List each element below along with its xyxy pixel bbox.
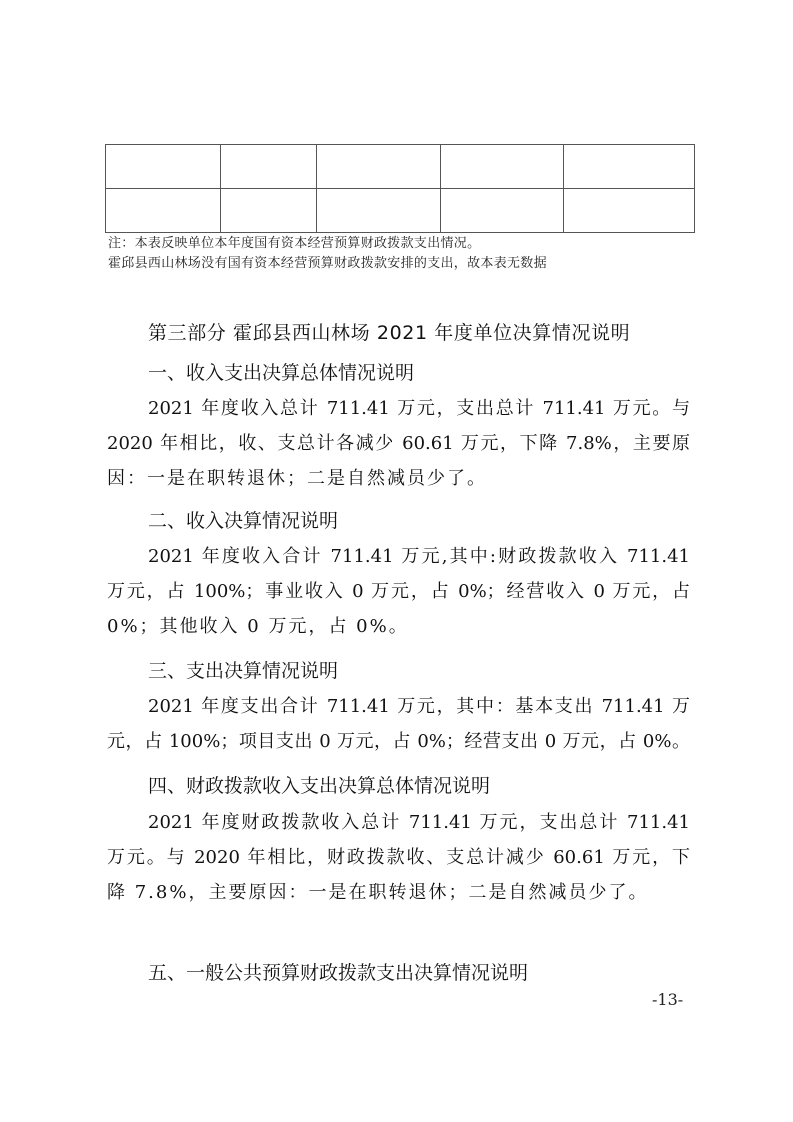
- section-heading-income-expense-overview: 一、收入支出决算总体情况说明: [148, 361, 414, 385]
- table-cell: [564, 145, 695, 189]
- table-cell: [441, 189, 564, 233]
- paragraph-line: 2021 年度收入合计 711.41 万元,其中:财政拨款收入 711.41: [148, 545, 690, 569]
- paragraph-line: 0%；其他收入 0 万元，占 0%。: [107, 615, 409, 639]
- table-cell: [221, 189, 317, 233]
- table-row: [106, 189, 695, 233]
- section-heading-expense: 三、支出决算情况说明: [148, 659, 338, 683]
- paragraph-line: 降 7.8%，主要原因：一是在职转退休；二是自然减员少了。: [107, 881, 648, 905]
- table-note-no-data: 霍邱县西山林场没有国有资本经营预算财政拨款安排的支出，故本表无数据: [108, 256, 547, 272]
- section-heading-income: 二、收入决算情况说明: [148, 509, 338, 533]
- table-cell: [441, 145, 564, 189]
- table-cell: [106, 189, 221, 233]
- table-cell: [221, 145, 317, 189]
- document-page: 注：本表反映单位本年度国有资本经营预算财政拨款支出情况。 霍邱县西山林场没有国有…: [0, 0, 793, 1122]
- paragraph-line: 2021 年度收入总计 711.41 万元，支出总计 711.41 万元。与: [148, 397, 690, 421]
- paragraph-line: 因：一是在职转退休；二是自然减员少了。: [107, 467, 487, 491]
- empty-state-capital-budget-table: [105, 144, 695, 233]
- table-note: 注：本表反映单位本年度国有资本经营预算财政拨款支出情况。: [108, 236, 480, 252]
- paragraph-line: 2020 年相比，收、支总计各减少 60.61 万元，下降 7.8%，主要原: [107, 432, 690, 456]
- section-heading-general-public-budget: 五、一般公共预算财政拨款支出决算情况说明: [148, 961, 528, 985]
- paragraph-line: 万元。与 2020 年相比，财政拨款收、支总计减少 60.61 万元，下: [107, 846, 690, 870]
- table-row: [106, 145, 695, 189]
- part-title: 第三部分 霍邱县西山林场 2021 年度单位决算情况说明: [148, 321, 630, 345]
- section-heading-fiscal-appropriation-overview: 四、财政拨款收入支出决算总体情况说明: [148, 774, 490, 798]
- table-cell: [564, 189, 695, 233]
- paragraph-line: 2021 年度财政拨款收入总计 711.41 万元，支出总计 711.41: [148, 811, 690, 835]
- paragraph-line: 2021 年度支出合计 711.41 万元，其中：基本支出 711.41 万: [148, 695, 690, 719]
- paragraph-line: 元，占 100%；项目支出 0 万元，占 0%；经营支出 0 万元，占 0%。: [107, 730, 690, 754]
- paragraph-line: 万元，占 100%；事业收入 0 万元，占 0%；经营收入 0 万元，占: [107, 580, 690, 604]
- table-cell: [317, 145, 441, 189]
- table-cell: [317, 189, 441, 233]
- page-number: -13-: [652, 991, 683, 1009]
- table-cell: [106, 145, 221, 189]
